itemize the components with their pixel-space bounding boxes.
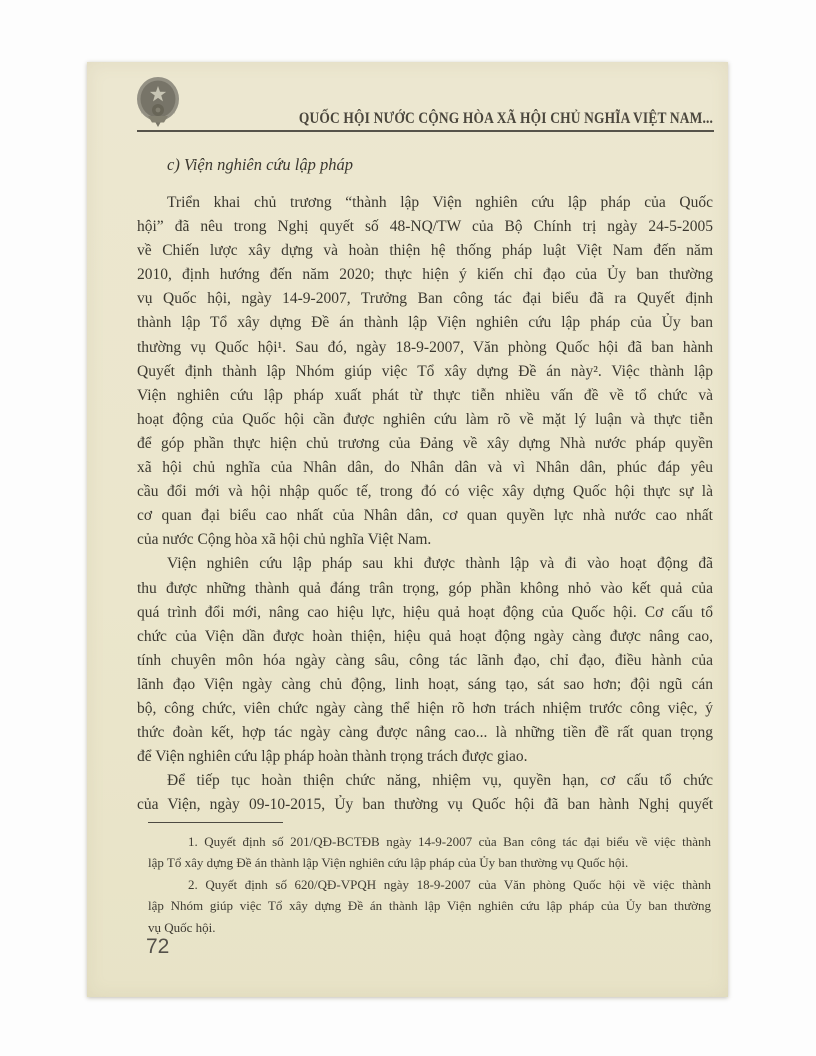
text-line: về Chiến lược xây dựng và hoàn thiện hệ … bbox=[137, 239, 713, 263]
text-line: lập Tổ xây dựng Đề án thành lập Viện ngh… bbox=[148, 852, 711, 873]
header-rule bbox=[137, 130, 714, 132]
text-line: 2010, định hướng đến năm 2020; thực hiện… bbox=[137, 263, 713, 287]
text-line: thu được những thành quả đáng trân trọng… bbox=[137, 577, 713, 601]
scanned-page: QUỐC HỘI NƯỚC CỘNG HÒA XÃ HỘI CHỦ NGHĨA … bbox=[87, 62, 728, 997]
page-number: 72 bbox=[146, 935, 169, 959]
running-header-title: QUỐC HỘI NƯỚC CỘNG HÒA XÃ HỘI CHỦ NGHĨA … bbox=[299, 110, 713, 128]
text-line: thành lập Tổ xây dựng Đề án thành lập Vi… bbox=[137, 311, 713, 335]
text-line: Triển khai chủ trương “thành lập Viện ng… bbox=[137, 191, 713, 215]
paragraph: Viện nghiên cứu lập pháp sau khi được th… bbox=[137, 552, 713, 769]
text-line: xã hội chủ nghĩa của Nhân dân, do Nhân d… bbox=[137, 456, 713, 480]
text-line: để góp phần thực hiện chủ trương của Đản… bbox=[137, 432, 713, 456]
footnote: 1. Quyết định số 201/QĐ-BCTĐB ngày 14-9-… bbox=[148, 831, 711, 874]
text-line: tính chuyên môn hóa ngày càng sâu, công … bbox=[137, 649, 713, 673]
text-line: chức của Viện dần được hoàn thiện, hiệu … bbox=[137, 625, 713, 649]
footnote: 2. Quyết định số 620/QĐ-VPQH ngày 18-9-2… bbox=[148, 874, 711, 938]
text-line: hoạt động của Quốc hội cần được nghiên c… bbox=[137, 408, 713, 432]
text-line: cầu đổi mới và hội nhập quốc tế, trong đ… bbox=[137, 480, 713, 504]
text-line: 1. Quyết định số 201/QĐ-BCTĐB ngày 14-9-… bbox=[148, 831, 711, 852]
text-line: Quyết định thành lập Nhóm giúp việc Tổ x… bbox=[137, 360, 713, 384]
text-line: lập Nhóm giúp việc Tổ xây dựng Đề án thà… bbox=[148, 895, 711, 916]
footnotes: 1. Quyết định số 201/QĐ-BCTĐB ngày 14-9-… bbox=[148, 831, 711, 938]
paragraph: Triển khai chủ trương “thành lập Viện ng… bbox=[137, 191, 713, 552]
paragraph: Để tiếp tục hoàn thiện chức năng, nhiệm … bbox=[137, 769, 713, 817]
text-line: 2. Quyết định số 620/QĐ-VPQH ngày 18-9-2… bbox=[148, 874, 711, 895]
text-line: vụ Quốc hội, ngày 14-9-2007, Trưởng Ban … bbox=[137, 287, 713, 311]
text-line: vụ Quốc hội. bbox=[148, 917, 711, 938]
screenshot-canvas: QUỐC HỘI NƯỚC CỘNG HÒA XÃ HỘI CHỦ NGHĨA … bbox=[0, 0, 816, 1056]
text-line: của nước Cộng hòa xã hội chủ nghĩa Việt … bbox=[137, 528, 713, 552]
text-line: Viện nghiên cứu lập pháp xuất phát từ th… bbox=[137, 384, 713, 408]
vietnam-national-emblem-icon bbox=[134, 75, 182, 127]
text-line: lãnh đạo Viện ngày càng chủ động, linh h… bbox=[137, 673, 713, 697]
text-line: thường vụ Quốc hội¹. Sau đó, ngày 18-9-2… bbox=[137, 336, 713, 360]
body-text: Triển khai chủ trương “thành lập Viện ng… bbox=[137, 191, 713, 817]
text-line: bộ, công chức, viên chức ngày càng thể h… bbox=[137, 697, 713, 721]
text-line: quá trình đổi mới, nâng cao hiệu lực, hi… bbox=[137, 601, 713, 625]
section-heading: c) Viện nghiên cứu lập pháp bbox=[167, 155, 353, 175]
text-line: Để tiếp tục hoàn thiện chức năng, nhiệm … bbox=[137, 769, 713, 793]
footnote-separator bbox=[148, 822, 283, 823]
text-line: cơ quan đại biểu cao nhất của Nhân dân, … bbox=[137, 504, 713, 528]
text-line: hội” đã nêu trong Nghị quyết số 48-NQ/TW… bbox=[137, 215, 713, 239]
text-line: của Viện, ngày 09-10-2015, Ủy ban thường… bbox=[137, 793, 713, 817]
text-line: Viện nghiên cứu lập pháp sau khi được th… bbox=[137, 552, 713, 576]
text-line: để Viện nghiên cứu lập pháp hoàn thành t… bbox=[137, 745, 713, 769]
text-line: thức đoàn kết, hợp tác ngày càng được nâ… bbox=[137, 721, 713, 745]
